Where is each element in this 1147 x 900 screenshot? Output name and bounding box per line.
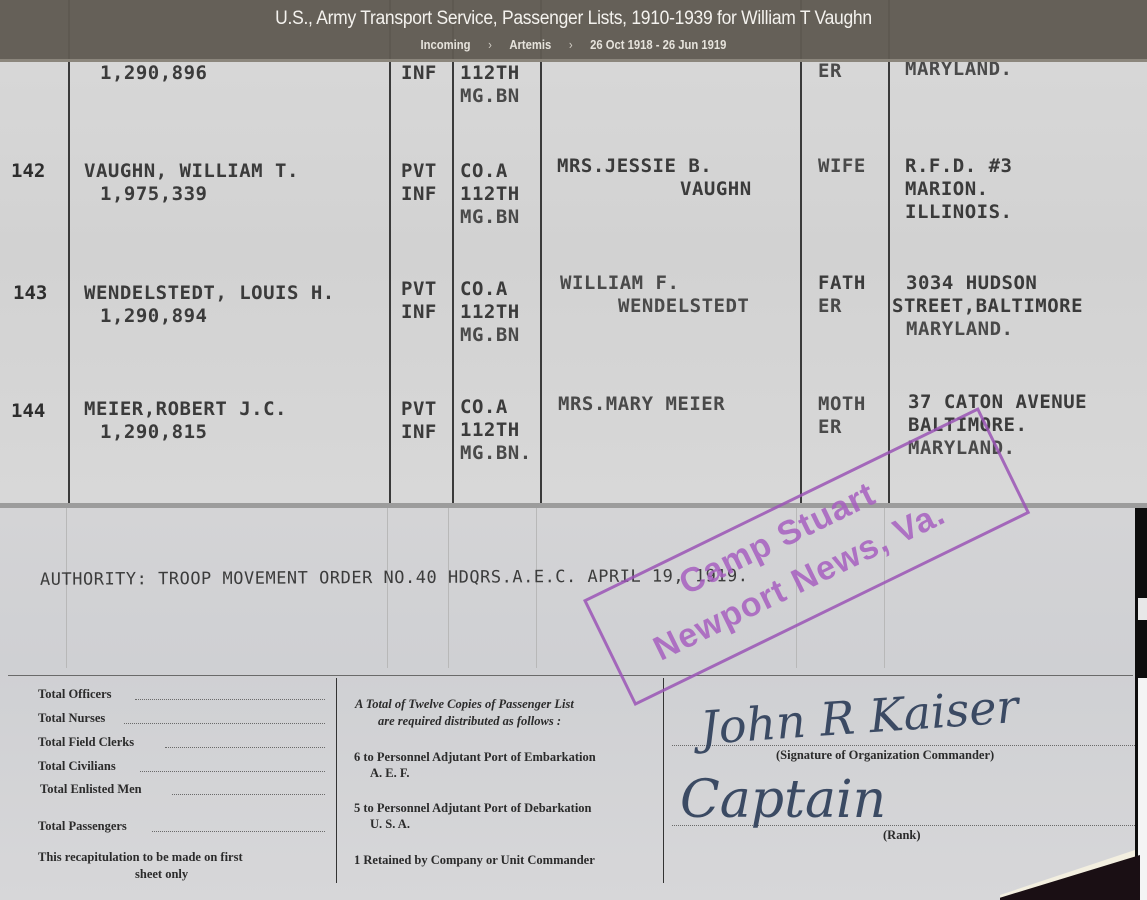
address-line: MARYLAND. — [906, 318, 1013, 341]
edge-artifact — [1138, 598, 1147, 620]
total-label: Total Field Clerks — [38, 735, 134, 750]
column-divider — [540, 0, 542, 505]
fill-line — [152, 831, 325, 832]
organization-line: 112TH — [460, 183, 520, 206]
faint-column-line — [536, 508, 537, 668]
grade-line: PVT — [401, 278, 437, 301]
grade-line: INF — [401, 183, 437, 206]
recap-note: This recapitulation to be made on first — [38, 850, 243, 865]
address-line: 3034 HUDSON — [906, 272, 1037, 295]
address-line: MARION. — [905, 178, 989, 201]
serial-number: 1,975,339 — [100, 183, 207, 206]
organization-line: CO.A — [460, 160, 508, 183]
fill-line — [172, 794, 325, 795]
faint-column-line — [448, 508, 449, 668]
grade-line: PVT — [401, 160, 437, 183]
serial-number: 1,290,896 — [100, 62, 207, 85]
fill-line — [165, 747, 325, 748]
address-line: STREET,BALTIMORE — [892, 295, 1083, 318]
organization-line: MG.BN. — [460, 442, 532, 465]
record-header: U.S., Army Transport Service, Passenger … — [0, 0, 1147, 62]
organization-line: 112TH — [460, 301, 520, 324]
breadcrumb-item-incoming[interactable]: Incoming — [421, 38, 471, 52]
column-divider — [389, 0, 391, 505]
address-line: 37 CATON AVENUE — [908, 391, 1087, 414]
organization-line: 112TH — [460, 419, 520, 442]
contact-line: WENDELSTEDT — [618, 295, 749, 318]
address-line: ILLINOIS. — [905, 201, 1012, 224]
total-label: Total Nurses — [38, 711, 105, 726]
row-number: 142 — [11, 160, 45, 182]
column-divider — [800, 0, 802, 505]
passenger-name: WENDELSTEDT, LOUIS H. — [84, 282, 335, 305]
distribution-item: 5 to Personnel Adjutant Port of Debarkat… — [354, 801, 592, 816]
grade-line: PVT — [401, 398, 437, 421]
total-label: Total Passengers — [38, 819, 127, 834]
organization-line: MG.BN — [460, 206, 520, 229]
relationship-line: ER — [818, 60, 842, 83]
recap-note: sheet only — [135, 867, 188, 882]
grade-line: INF — [401, 62, 437, 85]
record-title: U.S., Army Transport Service, Passenger … — [46, 8, 1101, 30]
total-label: Total Enlisted Men — [40, 782, 142, 797]
organization-line: CO.A — [460, 396, 508, 419]
breadcrumb: Incoming › Artemis › 26 Oct 1918 - 26 Ju… — [57, 38, 1089, 52]
relationship-line: WIFE — [818, 155, 866, 178]
relationship-line: ER — [818, 295, 842, 318]
row-number: 144 — [11, 400, 45, 422]
total-label: Total Civilians — [38, 759, 116, 774]
relationship-line: MOTH — [818, 393, 866, 416]
page-edge — [1135, 508, 1147, 900]
organization-line: MG.BN — [460, 85, 520, 108]
passenger-name: MEIER,ROBERT J.C. — [84, 398, 287, 421]
signature-caption: (Signature of Organization Commander) — [776, 748, 994, 763]
grade-line: INF — [401, 301, 437, 324]
column-divider — [452, 0, 454, 505]
document-image: 1,290,896 INF 112TH MG.BN ER MARYLAND. 1… — [0, 0, 1147, 900]
contact-line: WILLIAM F. — [560, 272, 679, 295]
contact-line: MRS.MARY MEIER — [558, 393, 725, 416]
passenger-name: VAUGHN, WILLIAM T. — [84, 160, 299, 183]
distribution-item: 1 Retained by Company or Unit Commander — [354, 853, 595, 868]
organization-line: CO.A — [460, 278, 508, 301]
row-number: 143 — [13, 282, 47, 304]
form-column-divider — [663, 678, 664, 883]
contact-line: MRS.JESSIE B. — [557, 155, 712, 178]
distribution-item: U. S. A. — [370, 817, 410, 832]
address-line: R.F.D. #3 — [905, 155, 1012, 178]
fill-line — [140, 771, 325, 772]
handwritten-rank: Captain — [680, 770, 886, 830]
relationship-line: FATH — [818, 272, 866, 295]
grade-line: INF — [401, 421, 437, 444]
column-divider — [888, 0, 890, 505]
form-divider — [8, 675, 1133, 676]
total-label: Total Officers — [38, 687, 111, 702]
distribution-heading: A Total of Twelve Copies of Passenger Li… — [355, 697, 574, 712]
breadcrumb-item-date-range[interactable]: 26 Oct 1918 - 26 Jun 1919 — [590, 38, 726, 52]
chevron-right-icon: › — [488, 38, 492, 52]
distribution-item: 6 to Personnel Adjutant Port of Embarkat… — [354, 750, 596, 765]
form-column-divider — [336, 678, 337, 883]
contact-line: VAUGHN — [680, 178, 752, 201]
relationship-line: ER — [818, 416, 842, 439]
distribution-item: A. E. F. — [370, 766, 409, 781]
organization-line: MG.BN — [460, 324, 520, 347]
rank-caption: (Rank) — [883, 828, 921, 843]
serial-number: 1,290,894 — [100, 305, 207, 328]
distribution-heading: are required distributed as follows : — [378, 714, 561, 729]
serial-number: 1,290,815 — [100, 421, 207, 444]
breadcrumb-item-artemis[interactable]: Artemis — [509, 38, 551, 52]
organization-line: 112TH — [460, 62, 520, 85]
fill-line — [135, 699, 325, 700]
chevron-right-icon: › — [569, 38, 573, 52]
column-divider — [68, 0, 70, 505]
fill-line — [124, 723, 325, 724]
